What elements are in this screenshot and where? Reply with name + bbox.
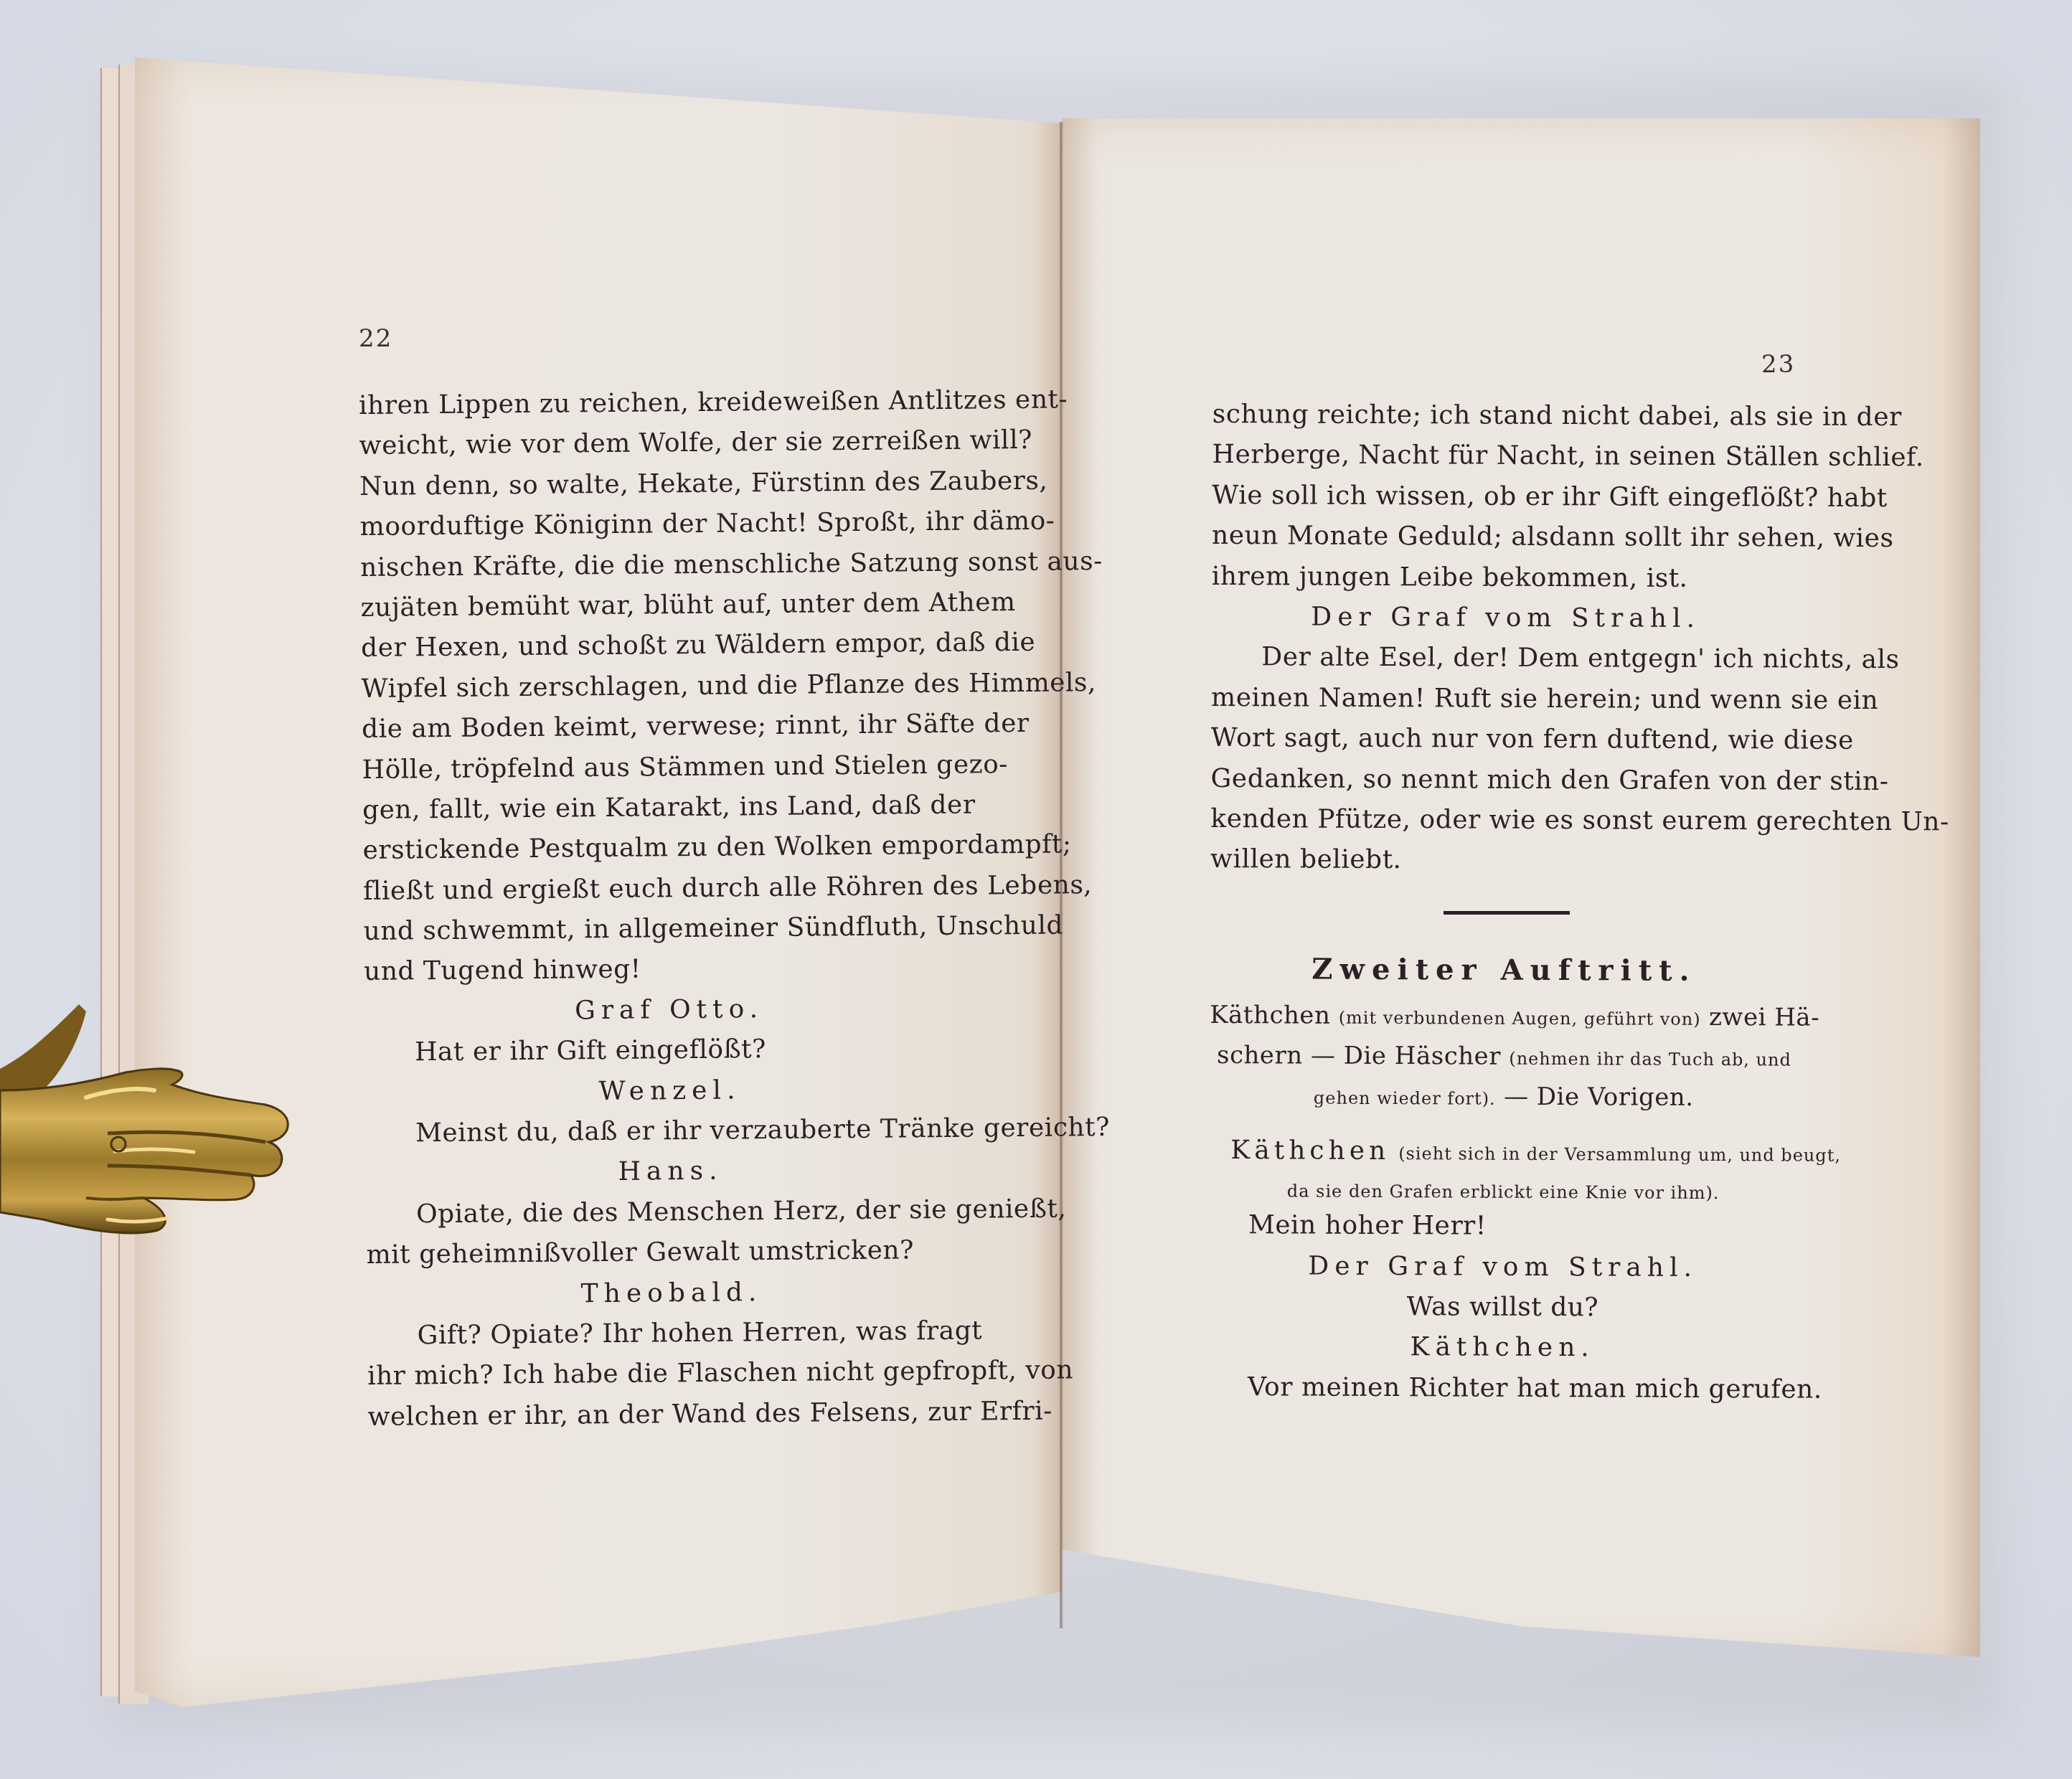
dialogue-line: Opiate, die des Menschen Herz, der sie g… [366, 1189, 976, 1235]
text-line: und schwemmt, in allgemeiner Sündfluth, … [363, 907, 973, 953]
stage-tail: — Die Vorigen. [1504, 1082, 1694, 1112]
text-line: Wipfel sich zerschlagen, und die Pflanze… [361, 664, 971, 709]
text-line: fließt und ergießt euch durch alle Röhre… [363, 866, 973, 912]
text-line: die am Boden keimt, verwese; rinnt, ihr … [362, 704, 971, 750]
text-line: Herberge, Nacht für Nacht, in seinen Stä… [1212, 435, 1801, 478]
stage-direction-line: Käthchen (mit verbundenen Augen, geführt… [1210, 995, 1798, 1038]
stage-character: Käthchen [1210, 1001, 1330, 1030]
dialogue-line: Hat er ihr Gift eingeflößt? [364, 1028, 974, 1074]
text-line: nischen Kräfte, die die menschliche Satz… [360, 542, 970, 588]
text-line: neun Monate Geduld; alsdann sollt ihr se… [1212, 516, 1800, 559]
dialogue-line: Was willst du? [1208, 1286, 1796, 1329]
dialogue-line: kenden Pfütze, oder wie es sonst eurem g… [1210, 799, 1799, 842]
dialogue-line: welchen er ihr, an der Wand des Felsens,… [367, 1392, 977, 1438]
stage-aside: (nehmen ihr das Tuch ab, und [1509, 1049, 1791, 1070]
text-line: Wie soll ich wissen, ob er ihr Gift eing… [1212, 476, 1800, 519]
page-number-left: 22 [359, 324, 392, 353]
stage-aside: da sie den Grafen erblickt eine Knie vor… [1209, 1171, 1797, 1208]
dialogue-line: Wort sagt, auch nur von fern duftend, wi… [1211, 718, 1799, 761]
stage-aside: (sieht sich in der Versammlung um, und b… [1398, 1143, 1841, 1166]
stage-tail: zwei Hä- [1709, 1003, 1819, 1032]
text-line: ihren Lippen zu reichen, kreideweißen An… [359, 381, 969, 427]
spacer [1210, 880, 1799, 952]
text-line: Hölle, tröpfelnd aus Stämmen und Stielen… [362, 745, 971, 791]
left-page-text: ihren Lippen zu reichen, kreideweißen An… [359, 381, 978, 1438]
text-line: zujäten bemüht war, blüht auf, unter dem… [360, 583, 970, 629]
dialogue-line: willen beliebt. [1210, 839, 1799, 882]
page-number-right: 23 [1761, 350, 1795, 379]
stage-direction-line: schern — Die Häscher (nehmen ihr das Tuc… [1210, 1035, 1798, 1078]
text-line: ihrem jungen Leibe bekommen, ist. [1212, 557, 1800, 600]
speaker-name: Wenzel. [364, 1068, 974, 1114]
speaker-name: Der Graf vom Strahl. [1209, 1246, 1797, 1289]
text-line: und Tugend hinweg! [364, 947, 974, 993]
stage-aside: (mit verbundenen Augen, geführt von) [1339, 1007, 1701, 1029]
dialogue-line: Meinst du, daß er ihr verzauberte Tränke… [365, 1109, 975, 1155]
right-page-text: schung reichte; ich stand nicht dabei, a… [1208, 395, 1801, 1410]
dialogue-line: Gift? Opiate? Ihr hohen Herren, was frag… [367, 1311, 976, 1357]
stage-aside: gehen wieder fort). [1314, 1088, 1496, 1109]
dialogue-line: mit geheimnißvoller Gewalt umstricken? [366, 1230, 976, 1276]
scene-heading: Zweiter Auftritt. [1210, 949, 1798, 998]
text-line: Nun denn, so walte, Hekate, Fürstinn des… [359, 461, 969, 507]
text-line: gen, fallt, wie ein Katarakt, ins Land, … [362, 785, 972, 831]
stage-direction-line: gehen wieder fort). — Die Vorigen. [1210, 1075, 1798, 1118]
speaker-name: Käthchen [1230, 1136, 1390, 1166]
dialogue-line: Mein hoher Herr! [1209, 1205, 1797, 1248]
speaker-name: Der Graf vom Strahl. [1212, 597, 1800, 640]
dialogue-line: ihr mich? Ich habe die Flaschen nicht ge… [367, 1351, 977, 1397]
speaker-name: Hans. [365, 1149, 975, 1195]
text-line: weicht, wie vor dem Wolfe, der sie zerre… [359, 421, 969, 467]
stage-character: schern — Die Häscher [1217, 1041, 1501, 1071]
text-line: erstickende Pestqualm zu den Wolken empo… [362, 826, 972, 872]
speaker-name: Theobald. [367, 1270, 976, 1316]
text-line: der Hexen, und schoßt zu Wäldern empor, … [361, 623, 971, 669]
speaker-name: Graf Otto. [364, 987, 974, 1033]
text-line: moorduftige Königinn der Nacht! Sproßt, … [359, 502, 969, 548]
dialogue-line: Vor meinen Richter hat man mich gerufen. [1208, 1367, 1796, 1410]
dialogue-line: Gedanken, so nennt mich den Grafen von d… [1211, 759, 1799, 802]
dialogue-direction-line: Käthchen (sieht sich in der Versammlung … [1209, 1131, 1797, 1174]
text-line: schung reichte; ich stand nicht dabei, a… [1212, 395, 1801, 438]
scene-divider-rule [1444, 911, 1570, 915]
dialogue-line: Der alte Esel, der! Dem entgegn' ich nic… [1211, 637, 1799, 680]
dialogue-line: meinen Namen! Ruft sie herein; und wenn … [1211, 678, 1799, 721]
brass-hand-clip-icon [0, 983, 301, 1284]
speaker-name: Käthchen. [1208, 1326, 1796, 1369]
